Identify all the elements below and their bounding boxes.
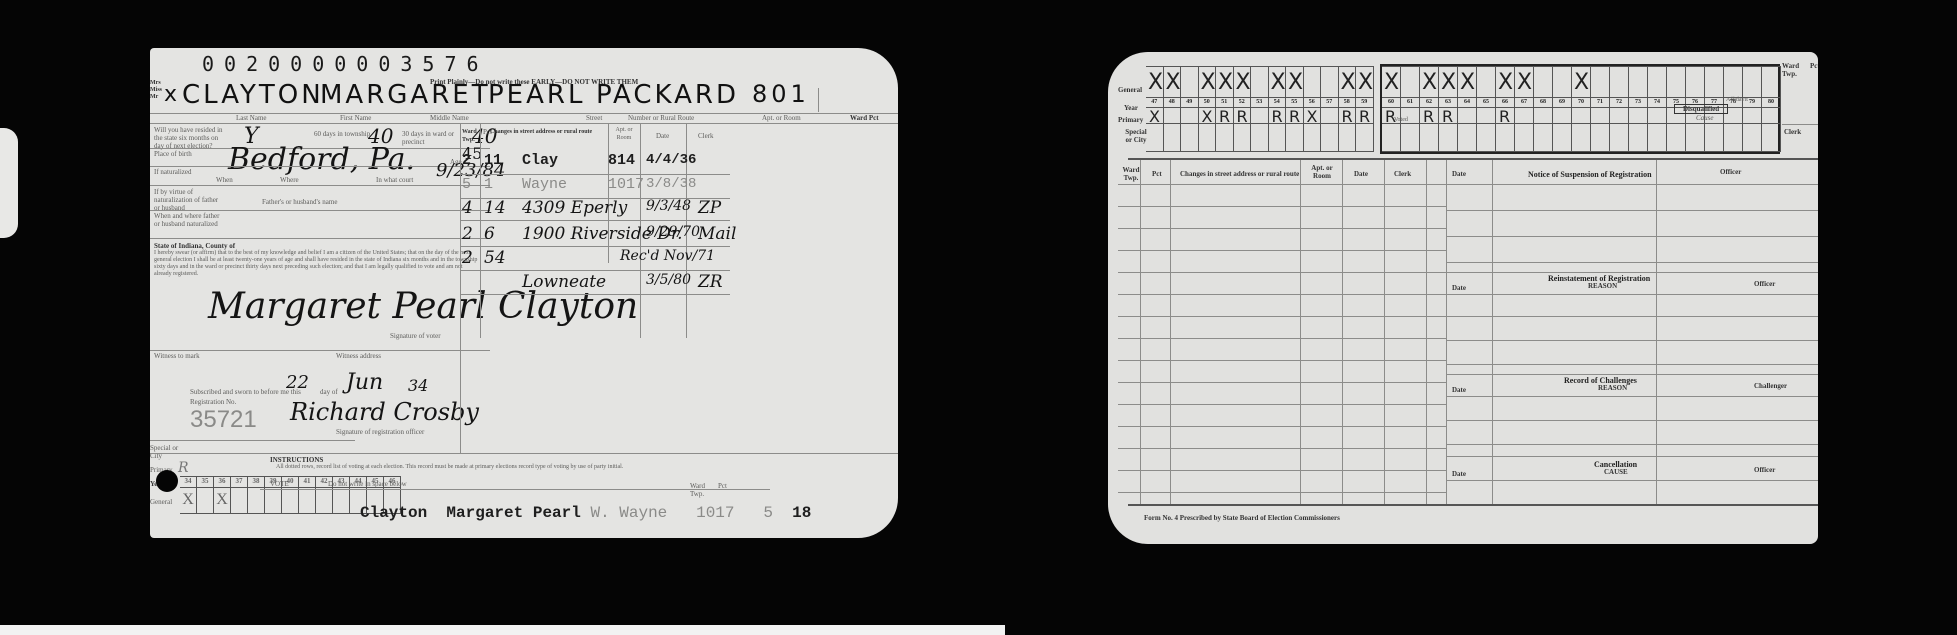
special-cell xyxy=(1382,124,1401,152)
special-cell xyxy=(1686,124,1705,152)
year-cell: 71 xyxy=(1591,98,1610,108)
general-cell xyxy=(299,488,316,514)
general-mark: X xyxy=(1517,72,1532,94)
special-cell xyxy=(1199,124,1217,152)
primary-cell xyxy=(1762,108,1781,124)
special-cell xyxy=(1439,124,1458,152)
special-cell xyxy=(1269,124,1287,152)
change-ward: 4 xyxy=(462,198,473,218)
general-cell xyxy=(1251,66,1269,98)
disqualified-label: Disqualified xyxy=(1674,104,1728,114)
voter-signature: Margaret Pearl Clayton xyxy=(208,286,638,327)
bottom-scan-strip xyxy=(0,625,1005,635)
first-name-value: MARGARET xyxy=(320,80,491,110)
year-cell: 34 xyxy=(180,476,197,488)
general-cell xyxy=(333,488,350,514)
general-cell xyxy=(231,488,248,514)
change-clerk: ZR xyxy=(698,272,723,292)
year-cell: 68 xyxy=(1534,98,1553,108)
change-number: 814 xyxy=(608,152,635,169)
general-mark: X xyxy=(1384,72,1399,94)
general-cell: X xyxy=(214,488,231,514)
year-cell: 65 xyxy=(1477,98,1496,108)
year-cell: 37 xyxy=(231,476,248,488)
number-value: 801 xyxy=(752,80,810,108)
year-cell: 38 xyxy=(248,476,265,488)
primary-cell xyxy=(1321,108,1339,124)
year-cell: 73 xyxy=(1629,98,1648,108)
affidavit-label: Affidavit xyxy=(1726,96,1748,104)
special-cell xyxy=(1401,124,1420,152)
change-clerk: Mail xyxy=(698,224,736,244)
officer-signature: Richard Crosby xyxy=(290,398,479,426)
change-ward: 2 xyxy=(462,152,471,169)
primary-cell xyxy=(1629,108,1648,124)
special-cell xyxy=(1477,124,1496,152)
general-cell xyxy=(1610,66,1629,98)
change-address: Wayne xyxy=(522,176,567,193)
general-cell xyxy=(1686,66,1705,98)
special-cell xyxy=(1591,124,1610,152)
year-cell: 57 xyxy=(1321,98,1339,108)
special-cell xyxy=(1339,124,1357,152)
year-cell: 64 xyxy=(1458,98,1477,108)
title-abbrev: MrsMissMr xyxy=(150,80,162,101)
change-address: 4309 Eperly xyxy=(522,198,627,218)
change-number: 1017 xyxy=(608,176,644,193)
primary-cell xyxy=(1534,108,1553,124)
change-ward: 5 xyxy=(462,176,471,193)
change-pct: 6 xyxy=(484,224,495,244)
change-clerk: ZP xyxy=(698,198,721,218)
back-vote-grid-left: X47XX4849X50XX51RX52R53X54RX55R56X57X58R… xyxy=(1146,66,1376,156)
general-mark: X xyxy=(1166,72,1181,94)
special-cell xyxy=(1705,124,1724,152)
change-pct: 54 xyxy=(484,248,506,268)
general-mark: X xyxy=(1148,72,1163,94)
special-cell xyxy=(1304,124,1322,152)
general-cell xyxy=(316,488,333,514)
year-cell: 53 xyxy=(1251,98,1269,108)
special-cell xyxy=(1743,124,1762,152)
year-cell: 69 xyxy=(1553,98,1572,108)
change-pct: 11 xyxy=(484,152,502,169)
general-cell xyxy=(1591,66,1610,98)
special-cell xyxy=(1164,124,1182,152)
general-mark: X xyxy=(1498,72,1513,94)
special-cell xyxy=(1610,124,1629,152)
special-cell xyxy=(1667,124,1686,152)
place-of-birth-value: Bedford, Pa. xyxy=(228,142,415,177)
primary-cell xyxy=(1251,108,1269,124)
typed-footer: Clayton Margaret Pearl W. Wayne 1017 5 1… xyxy=(360,504,811,522)
instructions-title: INSTRUCTIONS xyxy=(270,456,323,464)
serial-number: 0020000003576 xyxy=(202,52,489,76)
general-cell xyxy=(1321,66,1339,98)
general-cell: X xyxy=(180,488,197,514)
year-cell: 61 xyxy=(1401,98,1420,108)
registration-card-back: General Year Primary Special or City X47… xyxy=(1108,52,1818,544)
general-mark: X xyxy=(1271,72,1286,94)
year-cell: 74 xyxy=(1648,98,1667,108)
general-cell xyxy=(1181,66,1199,98)
general-mark: X xyxy=(1341,72,1356,94)
primary-cell xyxy=(1515,108,1534,124)
registration-card-front: 0020000003576 Print Plainly—Do not write… xyxy=(150,48,898,538)
primary-cell xyxy=(1648,108,1667,124)
change-date: 9/29/70 xyxy=(646,224,700,240)
general-cell xyxy=(1553,66,1572,98)
change-date: 3/5/80 xyxy=(646,272,691,288)
punch-hole xyxy=(156,470,178,492)
special-cell xyxy=(1496,124,1515,152)
change-ward: 2 xyxy=(462,248,473,268)
general-mark: X xyxy=(1441,72,1456,94)
special-cell xyxy=(1181,124,1199,152)
general-mark: X xyxy=(1574,72,1589,94)
primary-cell xyxy=(1164,108,1182,124)
special-cell xyxy=(1553,124,1572,152)
year-cell: 41 xyxy=(299,476,316,488)
primary-cell xyxy=(1458,108,1477,124)
instructions-text: All dotted rows, record list of voting a… xyxy=(276,464,696,471)
primary-cell xyxy=(1591,108,1610,124)
sworn-day: 22 xyxy=(286,372,309,393)
general-cell xyxy=(1724,66,1743,98)
year-cell: 72 xyxy=(1610,98,1629,108)
change-date: 4/4/36 xyxy=(646,152,696,168)
general-cell xyxy=(197,488,214,514)
general-cell xyxy=(265,488,282,514)
street-value: PACKARD xyxy=(596,80,739,110)
general-cell xyxy=(1477,66,1496,98)
general-mark: X xyxy=(1288,72,1303,94)
primary-cell xyxy=(1572,108,1591,124)
general-cell xyxy=(1304,66,1322,98)
year-cell: 48 xyxy=(1164,98,1182,108)
sworn-month: Jun xyxy=(346,370,383,395)
general-mark: X xyxy=(1422,72,1437,94)
primary-cell xyxy=(1610,108,1629,124)
special-cell xyxy=(1515,124,1534,152)
special-cell xyxy=(1286,124,1304,152)
special-cell xyxy=(1321,124,1339,152)
oath-heading: State of Indiana, County of xyxy=(154,242,235,250)
cause-label: Cause xyxy=(1696,114,1714,122)
change-date: Rec'd Nov/71 xyxy=(620,248,715,264)
special-cell xyxy=(1234,124,1252,152)
special-cell xyxy=(1356,124,1374,152)
year-cell: 67 xyxy=(1515,98,1534,108)
special-cell xyxy=(1534,124,1553,152)
general-mark: X xyxy=(1201,72,1216,94)
change-pct: 14 xyxy=(484,198,506,218)
general-cell xyxy=(1534,66,1553,98)
middle-name-value: PEARL xyxy=(488,80,585,110)
change-address: Clay xyxy=(522,152,558,169)
primary-cell xyxy=(1553,108,1572,124)
special-cell xyxy=(1458,124,1477,152)
change-date: 3/8/38 xyxy=(646,176,696,192)
sworn-year: 34 xyxy=(408,376,428,395)
year-cell: 70 xyxy=(1572,98,1591,108)
special-cell xyxy=(1572,124,1591,152)
special-cell xyxy=(1146,124,1164,152)
year-cell: 80 xyxy=(1762,98,1781,108)
voted-label: Voted xyxy=(1394,116,1408,124)
year-cell: 35 xyxy=(197,476,214,488)
general-mark: X xyxy=(1218,72,1233,94)
primary-cell xyxy=(1743,108,1762,124)
special-cell xyxy=(1216,124,1234,152)
special-cell xyxy=(1420,124,1439,152)
general-cell xyxy=(1743,66,1762,98)
oath-text: I hereby swear (or affirm) that to the b… xyxy=(154,250,480,278)
special-cell xyxy=(1629,124,1648,152)
special-cell xyxy=(1251,124,1269,152)
general-cell xyxy=(248,488,265,514)
general-mark: X xyxy=(1460,72,1475,94)
general-cell xyxy=(1705,66,1724,98)
mark-x: x xyxy=(164,82,177,107)
special-cell xyxy=(1648,124,1667,152)
form-footer: Form No. 4 Prescribed by State Board of … xyxy=(1144,514,1340,522)
general-cell xyxy=(1762,66,1781,98)
general-cell xyxy=(282,488,299,514)
primary-entry: R xyxy=(178,460,189,476)
primary-cell xyxy=(1181,108,1199,124)
registration-number: 35721 xyxy=(190,406,257,434)
general-cell xyxy=(1401,66,1420,98)
general-cell xyxy=(1629,66,1648,98)
general-cell xyxy=(1667,66,1686,98)
change-date: 9/3/48 xyxy=(646,198,691,214)
special-cell xyxy=(1762,124,1781,152)
change-pct: 1 xyxy=(484,176,493,193)
general-cell xyxy=(1648,66,1667,98)
general-mark: X xyxy=(1236,72,1251,94)
change-ward: 2 xyxy=(462,224,473,244)
year-cell: 49 xyxy=(1181,98,1199,108)
primary-cell xyxy=(1477,108,1496,124)
special-cell xyxy=(1724,124,1743,152)
general-mark: X xyxy=(1358,72,1373,94)
last-name-value: CLAYTON xyxy=(182,80,324,110)
change-address: Lowneate xyxy=(522,272,606,292)
binder-tab xyxy=(0,128,18,238)
year-cell: 36 xyxy=(214,476,231,488)
